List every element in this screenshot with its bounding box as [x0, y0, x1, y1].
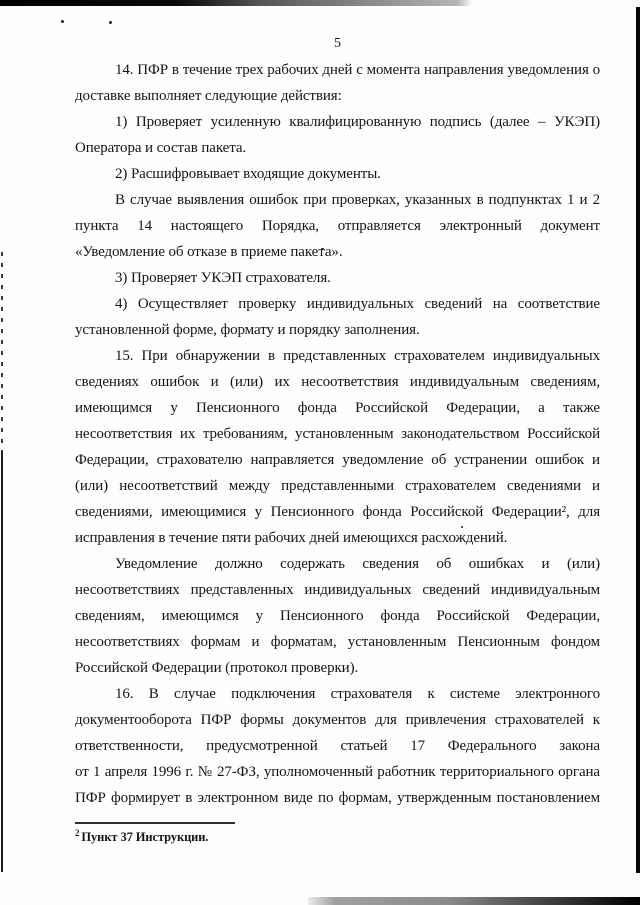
text-line: несоответствиях представленных индивидуа…	[75, 577, 600, 603]
scan-edge-left	[1, 452, 3, 872]
text-line: ответственности, предусмотренной статьей…	[75, 733, 600, 759]
text-line: исправления в течение пяти рабочих дней …	[75, 525, 600, 551]
text-line: Федерации, страхователю направляется уве…	[75, 447, 600, 473]
text-line: ПФР формирует в электронном виде по форм…	[75, 785, 600, 811]
text-line: 2) Расшифровывает входящие документы.	[75, 161, 600, 187]
text-line: «Уведомление об отказе в приеме пакета».	[75, 239, 600, 265]
text-line: пункта 14 настоящего Порядка, отправляет…	[75, 213, 600, 239]
text-line: 16. В случае подключения страхователя к …	[75, 681, 600, 707]
footnote: 2Пункт 37 Инструкции.	[75, 828, 208, 845]
footnote-text: Пункт 37 Инструкции.	[81, 830, 208, 844]
footnote-marker: 2	[75, 828, 79, 838]
scan-speck	[109, 21, 112, 24]
text-line: сведениями, имеющимися у Пенсионного фон…	[75, 499, 600, 525]
scan-edge-left-dashed	[1, 252, 3, 452]
text-line: установленной форме, формату и порядку з…	[75, 317, 600, 343]
text-line: Оператора и состав пакета.	[75, 135, 600, 161]
text-line: имеющимся у Пенсионного фонда Российской…	[75, 395, 600, 421]
text-line: (или) несоответствий между представленны…	[75, 473, 600, 499]
footnote-separator	[75, 822, 235, 824]
text-line: сведениям, имеющимся у Пенсионного фонда…	[75, 603, 600, 629]
text-line: доставке выполняет следующие действия:	[75, 83, 600, 109]
text-line: сведениях ошибок и (или) их несоответств…	[75, 369, 600, 395]
text-line: документооборота ПФР формы документов дл…	[75, 707, 600, 733]
text-line: В случае выявления ошибок при проверках,…	[75, 187, 600, 213]
text-line: 1) Проверяет усиленную квалифицированную…	[75, 109, 600, 135]
scan-edge-right	[636, 7, 640, 873]
text-line: 14. ПФР в течение трех рабочих дней с мо…	[75, 57, 600, 83]
scan-speck	[61, 20, 64, 23]
text-line: Уведомление должно содержать сведения об…	[75, 551, 600, 577]
scanned-document-page: 5 14. ПФР в течение трех рабочих дней с …	[0, 0, 640, 905]
text-line: несоответствиях формам и форматам, устан…	[75, 629, 600, 655]
page-number: 5	[75, 36, 600, 52]
text-line: 4) Осуществляет проверку индивидуальных …	[75, 291, 600, 317]
text-line: несоответствия их требованиям, установле…	[75, 421, 600, 447]
text-line: 3) Проверяет УКЭП страхователя.	[75, 265, 600, 291]
text-line: 15. При обнаружении в представленных стр…	[75, 343, 600, 369]
text-line: Российской Федерации (протокол проверки)…	[75, 655, 600, 681]
text-line: от 1 апреля 1996 г. № 27-ФЗ, уполномочен…	[75, 759, 600, 785]
scan-edge-top	[0, 0, 472, 6]
document-body: 14. ПФР в течение трех рабочих дней с мо…	[75, 57, 600, 811]
scan-edge-bottom	[308, 897, 640, 905]
